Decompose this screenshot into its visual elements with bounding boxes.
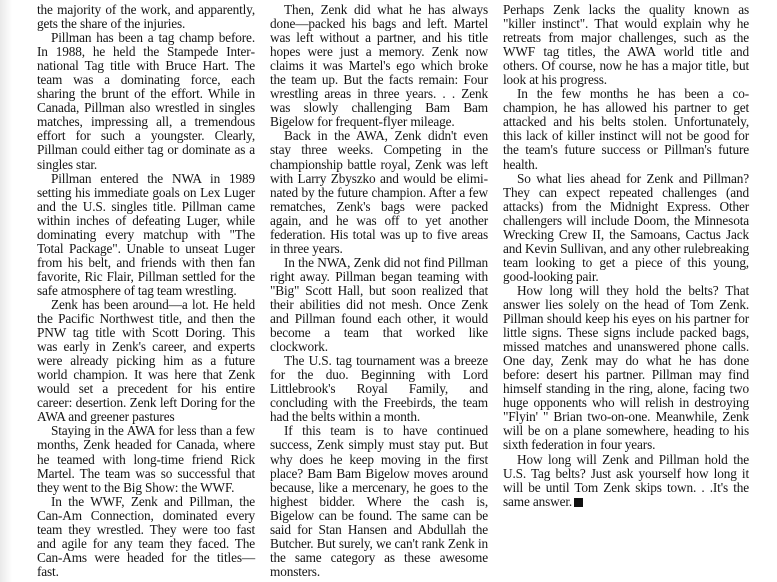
paragraph: Back in the AWA, Zenk didn't even stay t… xyxy=(270,129,488,255)
paragraph: How long will they hold the belts? That … xyxy=(503,284,749,453)
page-edge-shadow xyxy=(0,0,12,582)
paragraph: In the WWF, Zenk and Pillman, the Can-Am… xyxy=(37,495,255,579)
paragraph: Perhaps Zenk lacks the quality known as … xyxy=(503,3,749,87)
paragraph: Pillman entered the NWA in 1989 setting … xyxy=(37,172,255,298)
paragraph: Zenk has been around—a lot. He held the … xyxy=(37,298,255,424)
paragraph: In the few months he has been a co-champ… xyxy=(503,87,749,171)
paragraph: If this team is to have continued succes… xyxy=(270,424,488,579)
paragraph: the majority of the work, and apparently… xyxy=(37,3,255,31)
paragraph: So what lies ahead for Zenk and Pillman?… xyxy=(503,172,749,284)
magazine-page: the majority of the work, and apparently… xyxy=(0,0,777,582)
paragraph: Pillman has been a tag champ before. In … xyxy=(37,31,255,171)
article-column-1: the majority of the work, and apparently… xyxy=(37,3,255,579)
paragraph: The U.S. tag tournament was a breeze for… xyxy=(270,354,488,424)
paragraph: Then, Zenk did what he has always done—p… xyxy=(270,3,488,129)
final-paragraph-text: How long will Zenk and Pillman hold the … xyxy=(503,452,749,509)
final-paragraph: How long will Zenk and Pillman hold the … xyxy=(503,453,749,509)
article-column-3: Perhaps Zenk lacks the quality known as … xyxy=(503,3,749,509)
article-column-2: Then, Zenk did what he has always done—p… xyxy=(270,3,488,579)
paragraph: In the NWA, Zenk did not find Pillman ri… xyxy=(270,256,488,354)
end-of-article-square-icon xyxy=(574,498,583,507)
paragraph: Staying in the AWA for less than a few m… xyxy=(37,424,255,494)
